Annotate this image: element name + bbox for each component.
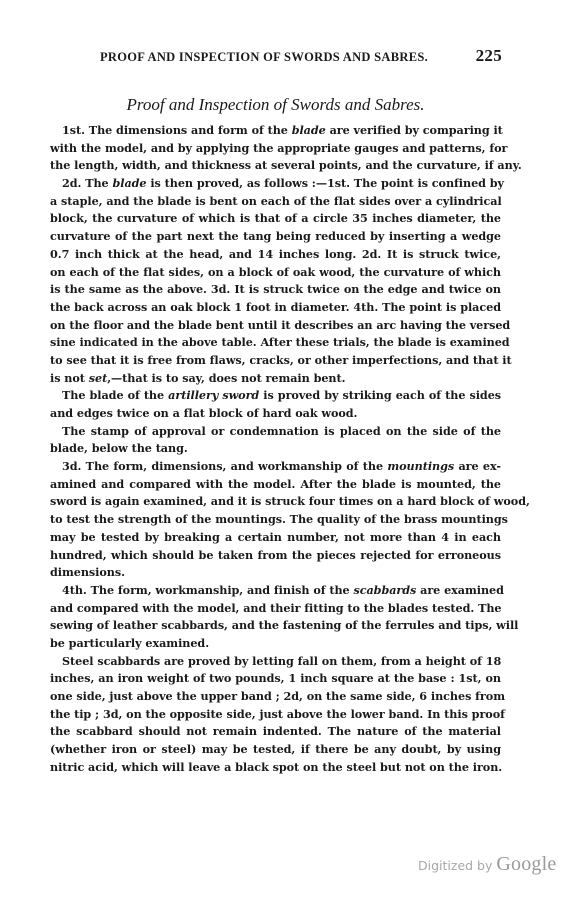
text-line: Steel scabbards are proved by letting fa… [50, 653, 501, 671]
text-line: one side, just above the upper band ; 2d… [50, 688, 501, 706]
italic-term: blade [112, 176, 146, 190]
paragraph: The stamp of approval or condemnation is… [50, 423, 501, 458]
paragraph: 1st. The dimensions and form of the blad… [50, 122, 501, 175]
text-line: nitric acid, which will leave a black sp… [50, 759, 501, 777]
text-line: on each of the flat sides, on a block of… [50, 264, 501, 282]
page-number: 225 [476, 46, 502, 66]
section-title: Proof and Inspection of Swords and Sabre… [0, 95, 575, 115]
text-line: the tip ; 3d, on the opposite side, just… [50, 706, 501, 724]
text-line: may be tested by breaking a certain numb… [50, 529, 501, 547]
text-line: is not set,—that is to say, does not rem… [50, 370, 501, 388]
italic-term: mountings [387, 459, 454, 473]
italic-term: blade [292, 123, 326, 137]
text-line: to test the strength of the mountings. T… [50, 511, 501, 529]
text-line: on the floor and the blade bent until it… [50, 317, 501, 335]
digitized-by-google-watermark: Digitized by Google [418, 853, 556, 876]
text-line: with the model, and by applying the appr… [50, 140, 501, 158]
text-line: inches, an iron weight of two pounds, 1 … [50, 670, 501, 688]
text-line: is the same as the above. 3d. It is stru… [50, 281, 501, 299]
paragraph: The blade of the artillery sword is prov… [50, 387, 501, 422]
text-line: amined and compared with the model. Afte… [50, 476, 501, 494]
italic-term: scabbards [353, 583, 416, 597]
text-line: 2d. The blade is then proved, as follows… [50, 175, 501, 193]
text-line: dimensions. [50, 564, 501, 582]
book-page: PROOF AND INSPECTION OF SWORDS AND SABRE… [0, 0, 575, 898]
text-line: and compared with the model, and their f… [50, 600, 501, 618]
google-logo-text: Google [496, 853, 556, 875]
text-line: a staple, and the blade is bent on each … [50, 193, 501, 211]
text-line: hundred, which should be taken from the … [50, 547, 501, 565]
paragraph: 3d. The form, dimensions, and workmanshi… [50, 458, 501, 582]
text-line: the length, width, and thickness at seve… [50, 157, 501, 175]
running-head: PROOF AND INSPECTION OF SWORDS AND SABRE… [100, 47, 500, 67]
text-line: be particularly examined. [50, 635, 501, 653]
text-line: The blade of the artillery sword is prov… [50, 387, 501, 405]
running-head-title: PROOF AND INSPECTION OF SWORDS AND SABRE… [100, 50, 428, 65]
text-line: 0.7 inch thick at the head, and 14 inche… [50, 246, 501, 264]
section-title-text: Proof and Inspection of Swords and Sabre… [127, 95, 425, 114]
text-line: (whether iron or steel) may be tested, i… [50, 741, 501, 759]
italic-term: artillery sword [168, 388, 259, 402]
paragraph: 2d. The blade is then proved, as follows… [50, 175, 501, 387]
text-line: 1st. The dimensions and form of the blad… [50, 122, 501, 140]
text-line: blade, below the tang. [50, 440, 501, 458]
text-line: sword is again examined, and it is struc… [50, 493, 501, 511]
text-line: The stamp of approval or condemnation is… [50, 423, 501, 441]
paragraph: Steel scabbards are proved by letting fa… [50, 653, 501, 777]
text-line: 4th. The form, workmanship, and finish o… [50, 582, 501, 600]
watermark-prefix: Digitized by [418, 858, 496, 873]
text-line: block, the curvature of which is that of… [50, 210, 501, 228]
italic-term: set [89, 371, 107, 385]
paragraph: 4th. The form, workmanship, and finish o… [50, 582, 501, 653]
text-line: and edges twice on a flat block of hard … [50, 405, 501, 423]
text-line: to see that it is free from flaws, crack… [50, 352, 501, 370]
text-line: the back across an oak block 1 foot in d… [50, 299, 501, 317]
body-text: 1st. The dimensions and form of the blad… [50, 122, 501, 776]
text-line: 3d. The form, dimensions, and workmanshi… [50, 458, 501, 476]
text-line: sewing of leather scabbards, and the fas… [50, 617, 501, 635]
text-line: the scabbard should not remain indented.… [50, 723, 501, 741]
text-line: sine indicated in the above table. After… [50, 334, 501, 352]
text-line: curvature of the part next the tang bein… [50, 228, 501, 246]
